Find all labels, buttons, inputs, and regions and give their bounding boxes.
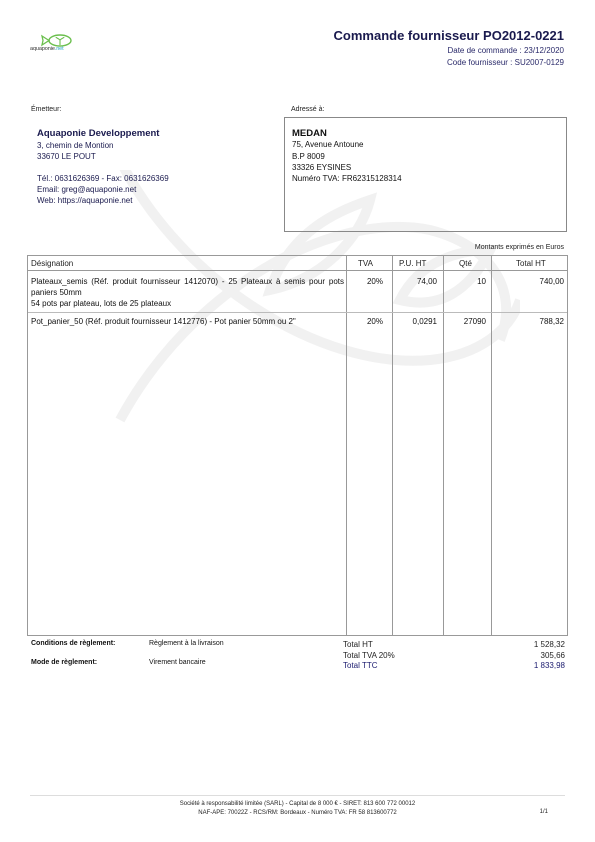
sender-email: Email: greg@aquaponie.net (37, 184, 169, 195)
sender-name: Aquaponie Developpement (37, 128, 169, 139)
sender-address-2: 33670 LE POUT (37, 151, 169, 162)
currency-note: Montants exprimés en Euros (475, 244, 564, 251)
line-designation: Plateaux_semis (Réf. produit fournisseur… (31, 276, 344, 309)
total-ttc-value: 1 833,98 (534, 661, 565, 672)
line-qty: 27090 (464, 316, 486, 327)
payment-conditions-label: Conditions de règlement: (31, 640, 149, 647)
line-total-ht: 740,00 (540, 276, 564, 287)
sender-address-1: 3, chemin de Montion (37, 140, 169, 151)
total-ht-value: 1 528,32 (534, 640, 565, 651)
sender-block: Aquaponie Developpement 3, chemin de Mon… (37, 128, 169, 206)
recipient-block: MEDAN 75, Avenue Antoune B.P 8009 33326 … (292, 128, 402, 184)
row-separator (28, 312, 567, 313)
order-lines-table: Désignation TVA P.U. HT Qté Total HT Pla… (27, 255, 568, 636)
footer-legal: Société à responsabilité limitée (SARL) … (0, 800, 595, 818)
order-date: Date de commande : 23/12/2020 (334, 46, 564, 55)
total-ht-line: Total HT 1 528,32 (343, 640, 565, 651)
recipient-address-2: B.P 8009 (292, 151, 402, 162)
line-total-ht: 788,32 (540, 316, 564, 327)
footer-line-2: NAF-APE: 70022Z - RCS/RM: Bordeaux - Num… (0, 809, 595, 818)
total-ttc-line: Total TTC 1 833,98 (343, 661, 565, 672)
line-designation: Pot_panier_50 (Réf. produit fournisseur … (31, 316, 344, 327)
payment-conditions-value: Règlement à la livraison (149, 640, 224, 647)
supplier-code: Code fournisseur : SU2007-0129 (334, 58, 564, 67)
document-title: Commande fournisseur PO2012-0221 (334, 28, 564, 43)
total-tva-label: Total TVA 20% (343, 651, 395, 662)
payment-mode-label: Mode de règlement: (31, 659, 149, 666)
logo-text: aquaponie.net (30, 46, 64, 52)
page-number: 1/1 (540, 809, 548, 815)
column-header-tva: TVA (358, 259, 373, 268)
payment-conditions: Conditions de règlement:Règlement à la l… (31, 640, 224, 647)
sender-phone-fax: Tél.: 0631626369 - Fax: 0631626369 (37, 173, 169, 184)
recipient-address-3: 33326 EYSINES (292, 162, 402, 173)
line-qty: 10 (477, 276, 486, 287)
recipient-name: MEDAN (292, 128, 402, 139)
total-tva-line: Total TVA 20% 305,66 (343, 651, 565, 662)
line-pu-ht: 0,0291 (413, 316, 437, 327)
document-header: Commande fournisseur PO2012-0221 Date de… (334, 28, 564, 67)
column-header-pu-ht: P.U. HT (399, 259, 426, 268)
line-pu-ht: 74,00 (417, 276, 437, 287)
total-ttc-label: Total TTC (343, 661, 378, 672)
recipient-label: Adressé à: (291, 106, 324, 113)
recipient-address-1: 75, Avenue Antoune (292, 139, 402, 150)
totals-block: Total HT 1 528,32 Total TVA 20% 305,66 T… (343, 640, 565, 672)
total-ht-label: Total HT (343, 640, 373, 651)
footer-line-1: Société à responsabilité limitée (SARL) … (0, 800, 595, 809)
company-logo: aquaponie.net (30, 34, 90, 58)
column-header-qty: Qté (459, 259, 472, 268)
table-header: Désignation TVA P.U. HT Qté Total HT (28, 256, 567, 271)
payment-mode-value: Virement bancaire (149, 659, 206, 666)
sender-label: Émetteur: (31, 106, 61, 113)
column-header-total-ht: Total HT (516, 259, 546, 268)
column-header-designation: Désignation (31, 259, 73, 268)
payment-mode: Mode de règlement:Virement bancaire (31, 659, 206, 666)
footer-divider (30, 795, 565, 796)
line-tva: 20% (367, 316, 383, 327)
sender-web: Web: https://aquaponie.net (37, 195, 169, 206)
line-tva: 20% (367, 276, 383, 287)
total-tva-value: 305,66 (541, 651, 565, 662)
recipient-vat: Numéro TVA: FR62315128314 (292, 173, 402, 184)
